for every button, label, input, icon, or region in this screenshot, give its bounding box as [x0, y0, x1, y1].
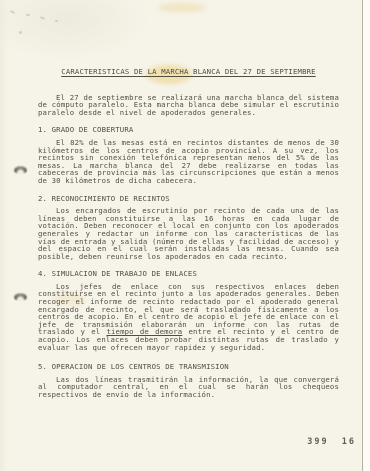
section-body-1: El 82% de las mesas está en recintos dis… — [38, 139, 339, 185]
page-number-stamp: 399 16 — [307, 437, 356, 447]
pencil-mark — [40, 16, 45, 20]
document-title: CARACTERISTICAS DE LA MARCHA BLANCA DEL … — [38, 68, 339, 76]
section-heading-1: 1. GRADO DE COBERTURA — [38, 126, 339, 134]
section-heading-5: 5. OPERACION DE LOS CENTROS DE TRANSMISI… — [38, 363, 339, 371]
section-body-4: Los jefes de enlace con sus respectivos … — [38, 283, 339, 351]
section-body-5: Las dos líneas trasmitirán la informació… — [38, 376, 339, 399]
page-edge-strip — [363, 0, 370, 471]
pencil-mark — [26, 14, 30, 17]
section-body-2: Los encargados de escrutinio por recinto… — [38, 207, 339, 260]
document-body: CARACTERISTICAS DE LA MARCHA BLANCA DEL … — [38, 68, 339, 408]
scanned-document-page: CARACTERISTICAS DE LA MARCHA BLANCA DEL … — [0, 0, 370, 471]
binder-hole-mark — [14, 293, 27, 301]
intro-paragraph: El 27 de septiembre se realizará una mar… — [38, 94, 339, 117]
binder-hole-mark — [14, 166, 27, 174]
section-heading-2: 2. RECONOCIMIENTO DE RECINTOS — [38, 195, 339, 203]
pencil-mark — [19, 31, 22, 34]
pencil-mark — [55, 20, 58, 22]
stain-mark — [158, 3, 206, 12]
pencil-mark — [10, 10, 15, 14]
section-heading-4: 4. SIMULACION DE TRABAJO DE ENLACES — [38, 270, 339, 278]
